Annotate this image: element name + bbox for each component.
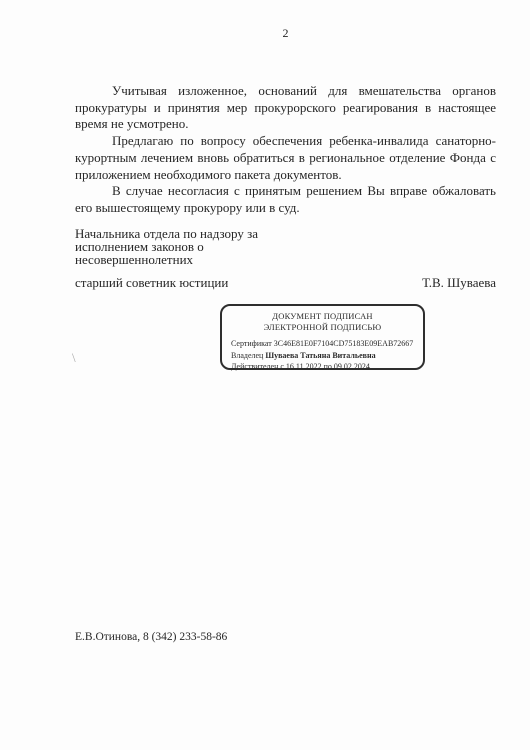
owner-label: Владелец xyxy=(231,351,263,360)
stamp-title-line2: ЭЛЕКТРОННОЙ ПОДПИСЬЮ xyxy=(222,322,423,333)
paragraph-conclusion: Учитывая изложенное, оснований для вмеша… xyxy=(75,83,496,133)
body-text: Учитывая изложенное, оснований для вмеша… xyxy=(75,83,496,217)
stamp-details: Сертификат 3C46E81E0F7104CD75183E09EAB72… xyxy=(222,338,423,373)
certificate-value: 3C46E81E0F7104CD75183E09EAB72667 xyxy=(274,339,414,348)
stamp-title-line1: ДОКУМЕНТ ПОДПИСАН xyxy=(222,311,423,322)
stamp-certificate-line: Сертификат 3C46E81E0F7104CD75183E09EAB72… xyxy=(231,338,419,350)
owner-name: Шуваева Татьяна Витальевна xyxy=(265,351,375,360)
electronic-signature-stamp: ДОКУМЕНТ ПОДПИСАН ЭЛЕКТРОННОЙ ПОДПИСЬЮ С… xyxy=(220,304,425,370)
document-page: 2 Учитывая изложенное, оснований для вме… xyxy=(0,0,530,750)
page-number: 2 xyxy=(75,26,496,41)
signer-name: Т.В. Шуваева xyxy=(422,275,496,291)
signer-position-line: несовершеннолетних xyxy=(75,254,496,267)
paragraph-proposal: Предлагаю по вопросу обеспечения ребенка… xyxy=(75,133,496,183)
signature-line: старший советник юстиции Т.В. Шуваева xyxy=(75,275,496,291)
signature-block: Начальника отдела по надзору за исполнен… xyxy=(75,228,496,291)
stamp-validity-line: Действителен с 16.11.2022 по 09.02.2024 xyxy=(231,361,419,373)
paragraph-appeal: В случае несогласия с принятым решением … xyxy=(75,183,496,216)
signer-position: Начальника отдела по надзору за исполнен… xyxy=(75,228,496,266)
executor-contact: Е.В.Отинова, 8 (342) 233-58-86 xyxy=(75,631,227,643)
stamp-title: ДОКУМЕНТ ПОДПИСАН ЭЛЕКТРОННОЙ ПОДПИСЬЮ xyxy=(222,311,423,332)
certificate-label: Сертификат xyxy=(231,339,272,348)
stamp-owner-line: Владелец Шуваева Татьяна Витальевна xyxy=(231,350,419,362)
signer-rank: старший советник юстиции xyxy=(75,275,228,291)
stray-backslash-mark: \ xyxy=(72,350,76,366)
